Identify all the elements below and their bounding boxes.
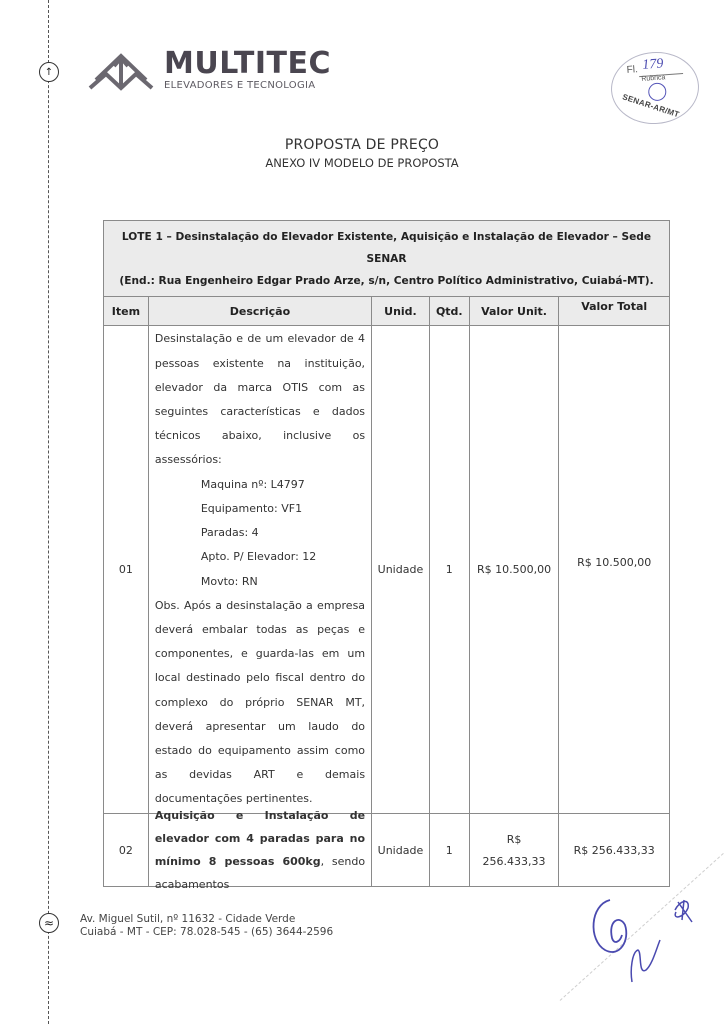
row-unit: Unidade xyxy=(372,814,430,886)
document-subtitle: ANEXO IV MODELO DE PROPOSTA xyxy=(0,156,724,170)
column-header-unit-value: Valor Unit. xyxy=(470,297,560,325)
lote-address: (End.: Rua Engenheiro Edgar Prado Arze, … xyxy=(108,270,665,292)
row-unit-value: R$ 256.433,33 xyxy=(470,814,560,886)
spec-stops: Paradas: 4 xyxy=(155,521,365,545)
spec-capacity: Apto. P/ Elevador: 12 xyxy=(155,545,365,569)
description-obs: Obs. Após a desinstalação a empresa deve… xyxy=(155,594,365,812)
row-description: Aquisição e Instalação de elevador com 4… xyxy=(149,814,372,886)
company-name: MULTITEC xyxy=(164,49,331,79)
stamp-page-number: 179 xyxy=(642,56,664,73)
column-header-total-value: Valor Total xyxy=(559,297,669,325)
table-row: 01 Desinstalação e de um elevador de 4 p… xyxy=(104,326,669,814)
row-qty: 1 xyxy=(430,814,470,886)
row-total-value: R$ 256.433,33 xyxy=(559,814,669,886)
stamp-label: Fl. xyxy=(626,64,638,76)
footer-address-line2: Cuiabá - MT - CEP: 78.028-545 - (65) 364… xyxy=(80,926,333,939)
column-header-description: Descrição xyxy=(149,297,372,325)
column-header-qty: Qtd. xyxy=(430,297,470,325)
row-item-number: 01 xyxy=(104,326,149,813)
table-header-row: Item Descrição Unid. Qtd. Valor Unit. Va… xyxy=(104,297,669,326)
mountain-arrow-logo-icon xyxy=(88,48,154,92)
row-unit-value: R$ 10.500,00 xyxy=(470,326,560,813)
row-qty: 1 xyxy=(430,326,470,813)
spec-equipment: Equipamento: VF1 xyxy=(155,497,365,521)
row-description: Desinstalação e de um elevador de 4 pess… xyxy=(149,326,372,813)
spec-movement: Movto: RN xyxy=(155,570,365,594)
footer-address-line1: Av. Miguel Sutil, nº 11632 - Cidade Verd… xyxy=(80,913,333,926)
handwritten-signature-icon xyxy=(580,880,720,990)
binding-dashed-line xyxy=(48,0,49,1024)
description-intro: Desinstalação e de um elevador de 4 pess… xyxy=(155,327,365,472)
company-logo: MULTITEC ELEVADORES E TECNOLOGIA xyxy=(88,48,331,92)
stamp-rubrica-label: Rubrica xyxy=(641,74,666,83)
company-tagline: ELEVADORES E TECNOLOGIA xyxy=(164,80,331,91)
unit-value-amount: 256.433,33 xyxy=(483,855,546,868)
row-total-value: R$ 10.500,00 xyxy=(559,326,669,813)
lote-title: LOTE 1 – Desinstalação do Elevador Exist… xyxy=(108,226,665,270)
spec-machine: Maquina nº: L4797 xyxy=(155,473,365,497)
binding-hole-up-arrow-icon: ↑ xyxy=(39,62,59,82)
document-title: PROPOSTA DE PREÇO xyxy=(0,137,724,153)
column-header-item: Item xyxy=(104,297,149,325)
lote-header: LOTE 1 – Desinstalação do Elevador Exist… xyxy=(104,221,669,297)
footer-address: Av. Miguel Sutil, nº 11632 - Cidade Verd… xyxy=(80,913,333,939)
row-unit: Unidade xyxy=(372,326,430,813)
proposal-table: LOTE 1 – Desinstalação do Elevador Exist… xyxy=(103,220,670,887)
stamp-signature-icon xyxy=(648,82,667,101)
row-item-number: 02 xyxy=(104,814,149,886)
column-header-unit: Unid. xyxy=(372,297,430,325)
binding-hole-wave-icon: ≈ xyxy=(39,913,59,933)
page-stamp: Fl. 179 Rubrica SENAR-AR/MT xyxy=(609,49,702,127)
table-row: 02 Aquisição e Instalação de elevador co… xyxy=(104,814,669,886)
unit-value-currency: R$ xyxy=(507,833,522,846)
